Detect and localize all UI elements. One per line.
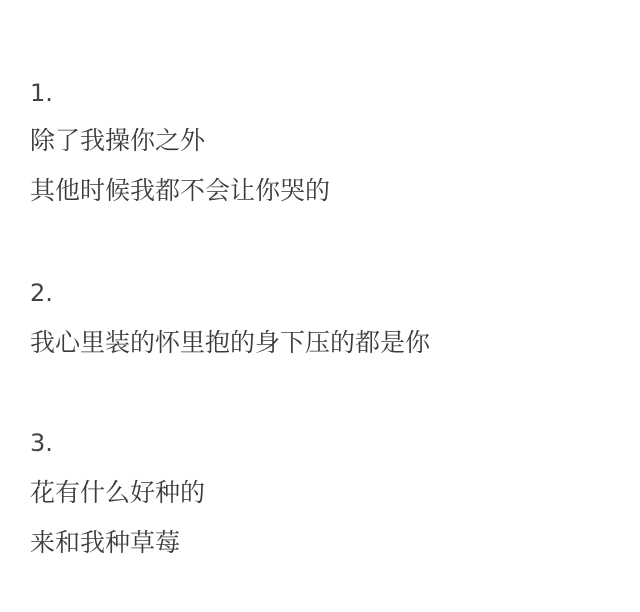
item-text: 其他时候我都不会让你哭的 bbox=[30, 176, 330, 206]
item-number: 2. bbox=[30, 278, 53, 308]
item-text: 花有什么好种的 bbox=[30, 478, 205, 508]
item-text: 我心里装的怀里抱的身下压的都是你 bbox=[30, 328, 430, 358]
item-number: 1. bbox=[30, 78, 53, 108]
item-number: 3. bbox=[30, 428, 53, 458]
item-text: 除了我操你之外 bbox=[30, 126, 205, 156]
item-text: 来和我种草莓 bbox=[30, 528, 180, 558]
